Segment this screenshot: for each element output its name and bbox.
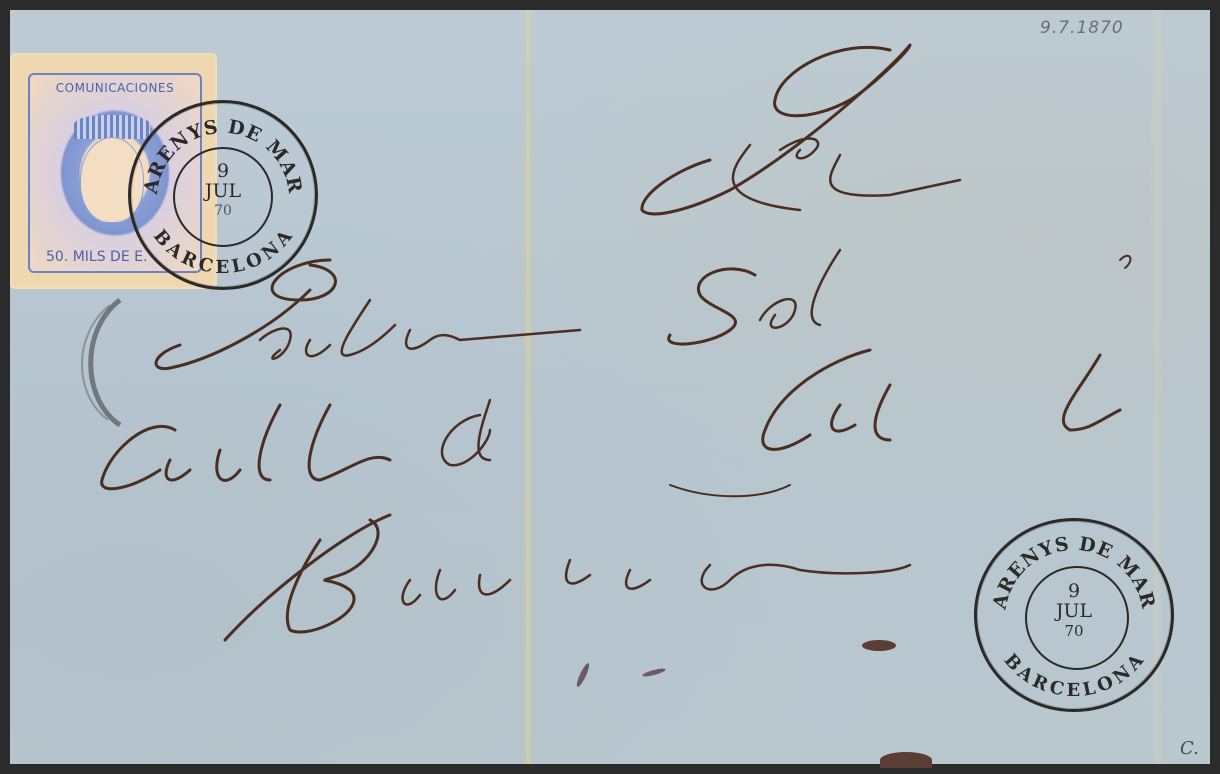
envelope-paper: 9.7.1870 COMUNICACIONES 50. MILS DE E. A… xyxy=(10,10,1210,764)
ink-blot xyxy=(880,752,932,768)
address-line-3-strokes xyxy=(102,350,1120,496)
handwritten-address xyxy=(10,10,1210,764)
address-line-2a-strokes xyxy=(156,260,580,369)
address-line-2b-strokes xyxy=(669,250,1131,344)
ink-blot xyxy=(862,640,896,651)
address-line-1-strokes xyxy=(642,45,960,214)
address-line-4-strokes xyxy=(225,515,910,640)
corner-pencil-mark: C. xyxy=(1180,738,1199,759)
